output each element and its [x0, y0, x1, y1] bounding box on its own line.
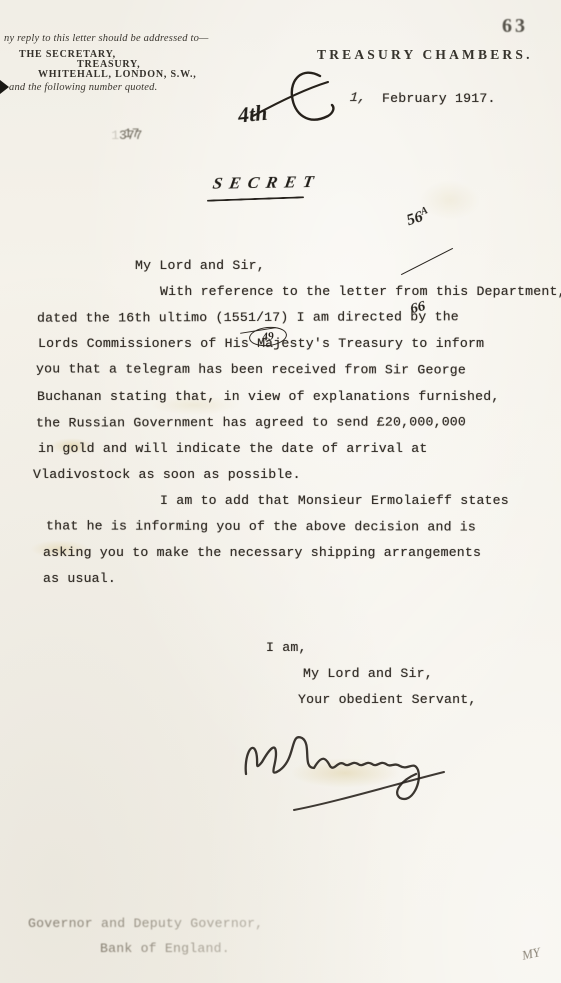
body-line: dated the 16th ultimo (1551/17) I am dir… — [37, 309, 459, 325]
footer-addressee-line: Governor and Deputy Governor, — [28, 916, 263, 931]
body-line: you that a telegram has been received fr… — [36, 361, 466, 377]
body-line: as usual. — [43, 571, 116, 586]
closing-line: I am, — [266, 640, 307, 655]
letterhead-number-line: and the following number quoted. — [9, 82, 157, 93]
typed-date: February 1917. — [382, 91, 496, 106]
body-line: With reference to the letter from this D… — [160, 284, 561, 299]
body-line: Vladivostock as soon as possible. — [33, 467, 301, 482]
date-flourish-stroke — [250, 68, 335, 130]
body-line: asking you to make the necessary shippin… — [43, 545, 481, 560]
corner-initials: MY — [521, 944, 542, 963]
letterhead-address-line: WHITEHALL, LONDON, S.W., — [38, 69, 197, 80]
reference-year-stamp: 17 — [124, 126, 140, 141]
signature-scrawl — [236, 712, 471, 817]
circled-annotation-text: 49 — [262, 330, 275, 343]
page-edge-tear-mark — [0, 80, 9, 94]
file-reference-top: 56A — [404, 197, 458, 231]
document-page: ny reply to this letter should be addres… — [0, 0, 561, 983]
body-line: in gold and will indicate the date of ar… — [38, 441, 427, 456]
reference-faint-digit: 1 — [111, 128, 119, 143]
office-header: TREASURY CHAMBERS. — [317, 47, 533, 63]
typed-day: 1, — [348, 90, 369, 105]
closing-line: Your obedient Servant, — [298, 692, 477, 707]
body-line: the Russian Government has agreed to sen… — [36, 414, 466, 430]
file-reference-divider — [401, 248, 453, 275]
footer-addressee-line: Bank of England. — [100, 941, 230, 956]
body-line: that he is informing you of the above de… — [46, 518, 476, 534]
classification-secret: SECRET — [211, 172, 322, 194]
secret-underline — [207, 196, 304, 201]
body-line: I am to add that Monsieur Ermolaieff sta… — [160, 493, 509, 508]
closing-line: My Lord and Sir, — [303, 666, 433, 681]
body-line: Buchanan stating that, in view of explan… — [37, 389, 500, 404]
letterhead-instruction-line: ny reply to this letter should be addres… — [4, 33, 209, 44]
body-line: My Lord and Sir, — [135, 258, 265, 273]
page-number-stamp: 63 — [502, 15, 528, 38]
